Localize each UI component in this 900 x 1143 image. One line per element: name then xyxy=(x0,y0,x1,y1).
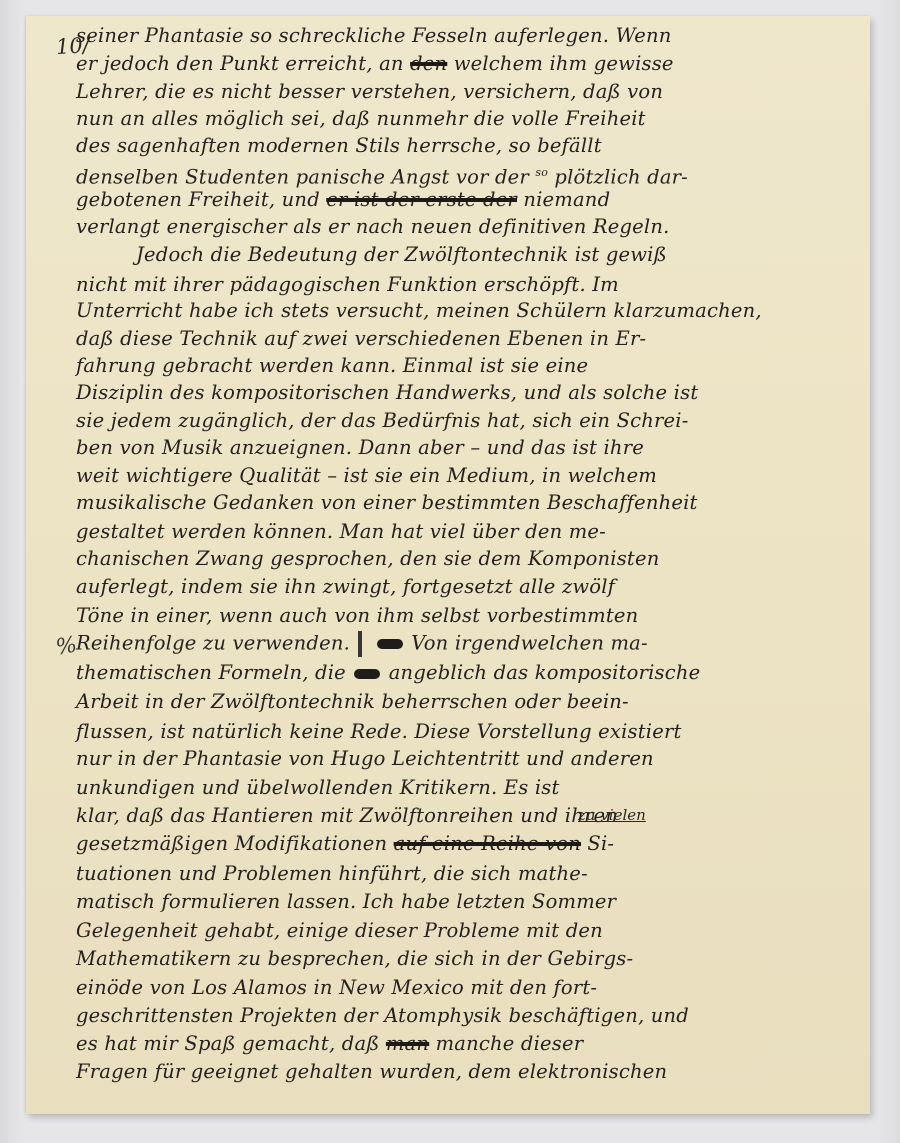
line-text: musikalische Gedanken von einer bestimmt… xyxy=(76,491,698,514)
struck-through-text: auf eine Reihe von xyxy=(394,832,581,855)
struck-through-text: man xyxy=(386,1032,429,1055)
text-line: des sagenhaften modernen Stils herrsche,… xyxy=(76,134,866,158)
text-line: Töne in einer, wenn auch von ihm selbst … xyxy=(76,604,866,628)
line-text: fahrung gebracht werden kann. Einmal ist… xyxy=(76,354,588,377)
text-line: flussen, ist natürlich keine Rede. Diese… xyxy=(76,720,866,744)
line-text: geschrittensten Projekten der Atomphysik… xyxy=(76,1004,689,1027)
text-line: verlangt energischer als er nach neuen d… xyxy=(76,215,866,239)
line-text: denselben Studenten panische Angst vor d… xyxy=(76,166,529,189)
line-text-continuation: Von irgendwelchen ma- xyxy=(411,632,648,655)
line-text: nur in der Phantasie von Hugo Leichtentr… xyxy=(76,747,654,770)
line-text-continuation: manche dieser xyxy=(436,1032,584,1055)
line-text: Fragen für geeignet gehalten wurden, dem… xyxy=(76,1060,667,1083)
line-text-continuation: angeblich das kompositorische xyxy=(389,661,701,684)
line-text: Gelegenheit gehabt, einige dieser Proble… xyxy=(76,919,603,942)
line-text: flussen, ist natürlich keine Rede. Diese… xyxy=(76,720,682,743)
line-text: verlangt energischer als er nach neuen d… xyxy=(76,215,670,238)
text-line: thematischen Formeln, die angeblich das … xyxy=(76,661,866,685)
text-line: Fragen für geeignet gehalten wurden, dem… xyxy=(76,1060,866,1084)
line-text: Unterricht habe ich stets versucht, mein… xyxy=(76,299,762,322)
text-line: ben von Musik anzueignen. Dann aber – un… xyxy=(76,436,866,460)
line-text: er jedoch den Punkt erreicht, an xyxy=(76,52,404,75)
line-text-continuation: Si- xyxy=(587,832,614,855)
line-text: Disziplin des kompositorischen Handwerks… xyxy=(76,381,698,404)
text-line: gebotenen Freiheit, und er ist der erste… xyxy=(76,188,866,212)
text-line: daß diese Technik auf zwei verschiedenen… xyxy=(76,327,866,351)
text-line: Unterricht habe ich stets versucht, mein… xyxy=(76,299,866,323)
ink-blot-deletion xyxy=(377,639,403,649)
ink-blot-deletion xyxy=(354,669,380,679)
text-line: nur in der Phantasie von Hugo Leichtentr… xyxy=(76,747,866,771)
text-line: Gelegenheit gehabt, einige dieser Proble… xyxy=(76,919,866,943)
line-text: matisch formulieren lassen. Ich habe let… xyxy=(76,890,616,913)
superscript-insert: so xyxy=(535,166,548,179)
text-line: nun an alles möglich sei, daß nunmehr di… xyxy=(76,107,866,131)
text-line: weit wichtigere Qualität – ist sie ein M… xyxy=(76,464,866,488)
manuscript-page: 10/ % seiner Phantasie so schreckliche F… xyxy=(26,16,870,1114)
line-text: ben von Musik anzueignen. Dann aber – un… xyxy=(76,436,644,459)
line-text: Lehrer, die es nicht besser verstehen, v… xyxy=(76,80,663,103)
struck-through-text: den xyxy=(410,52,447,75)
line-text: auferlegt, indem sie ihn zwingt, fortges… xyxy=(76,575,615,598)
line-text-continuation: welchem ihm gewisse xyxy=(454,52,674,75)
line-text: daß diese Technik auf zwei verschiedenen… xyxy=(76,327,646,350)
text-line: geschrittensten Projekten der Atomphysik… xyxy=(76,1004,866,1028)
line-text: tuationen und Problemen hinführt, die si… xyxy=(76,862,588,885)
interlinear-insert: zu vielen xyxy=(578,806,646,824)
line-text: nicht mit ihrer pädagogischen Funktion e… xyxy=(76,273,619,296)
text-line: musikalische Gedanken von einer bestimmt… xyxy=(76,491,866,515)
line-text: chanischen Zwang gesprochen, den sie dem… xyxy=(76,547,659,570)
text-line: einöde von Los Alamos in New Mexico mit … xyxy=(76,976,866,1000)
line-text: klar, daß das Hantieren mit Zwölftonreih… xyxy=(76,804,618,827)
text-line: seiner Phantasie so schreckliche Fesseln… xyxy=(76,24,866,48)
text-line: chanischen Zwang gesprochen, den sie dem… xyxy=(76,547,866,571)
line-text-continuation: niemand xyxy=(523,188,610,211)
line-text: Mathematikern zu besprechen, die sich in… xyxy=(76,947,633,970)
line-text: es hat mir Spaß gemacht, daß xyxy=(76,1032,380,1055)
text-line: Reihenfolge zu verwenden. Von irgendwelc… xyxy=(76,631,866,657)
text-line: Arbeit in der Zwölftontechnik beherrsche… xyxy=(76,690,866,714)
line-text: gestaltet werden können. Man hat viel üb… xyxy=(76,520,606,543)
struck-through-text: er ist der erste der xyxy=(326,188,517,211)
text-line: Disziplin des kompositorischen Handwerks… xyxy=(76,381,866,405)
text-line: auferlegt, indem sie ihn zwingt, fortges… xyxy=(76,575,866,599)
line-text: nun an alles möglich sei, daß nunmehr di… xyxy=(76,107,646,130)
text-line: Jedoch die Bedeutung der Zwölftontechnik… xyxy=(136,243,866,267)
paragraph-mark xyxy=(358,631,362,657)
line-text: Reihenfolge zu verwenden. xyxy=(76,632,350,655)
text-line: nicht mit ihrer pädagogischen Funktion e… xyxy=(76,273,866,297)
text-line: unkundigen und übelwollenden Kritikern. … xyxy=(76,776,866,800)
line-text: gebotenen Freiheit, und xyxy=(76,188,320,211)
text-line: es hat mir Spaß gemacht, daß man manche … xyxy=(76,1032,866,1056)
line-text-continuation: plötzlich dar- xyxy=(554,166,688,189)
text-line: Lehrer, die es nicht besser verstehen, v… xyxy=(76,80,866,104)
text-line: er jedoch den Punkt erreicht, an den wel… xyxy=(76,52,866,76)
text-line: gestaltet werden können. Man hat viel üb… xyxy=(76,520,866,544)
line-text: seiner Phantasie so schreckliche Fesseln… xyxy=(76,24,672,47)
text-line: sie jedem zugänglich, der das Bedürfnis … xyxy=(76,409,866,433)
line-text: unkundigen und übelwollenden Kritikern. … xyxy=(76,776,560,799)
scan-background: 10/ % seiner Phantasie so schreckliche F… xyxy=(0,0,900,1143)
line-text: Töne in einer, wenn auch von ihm selbst … xyxy=(76,604,638,627)
text-line: klar, daß das Hantieren mit Zwölftonreih… xyxy=(76,804,866,828)
text-line: fahrung gebracht werden kann. Einmal ist… xyxy=(76,354,866,378)
line-text: weit wichtigere Qualität – ist sie ein M… xyxy=(76,464,657,487)
line-text: gesetzmäßigen Modifikationen xyxy=(76,832,387,855)
text-line: Mathematikern zu besprechen, die sich in… xyxy=(76,947,866,971)
text-line: gesetzmäßigen Modifikationen auf eine Re… xyxy=(76,832,866,856)
text-line: matisch formulieren lassen. Ich habe let… xyxy=(76,890,866,914)
text-line: tuationen und Problemen hinführt, die si… xyxy=(76,862,866,886)
text-line: denselben Studenten panische Angst vor d… xyxy=(76,161,866,190)
line-text: thematischen Formeln, die xyxy=(76,661,346,684)
line-text: Arbeit in der Zwölftontechnik beherrsche… xyxy=(76,690,629,713)
line-text: einöde von Los Alamos in New Mexico mit … xyxy=(76,976,597,999)
line-text: des sagenhaften modernen Stils herrsche,… xyxy=(76,134,602,157)
line-text: sie jedem zugänglich, der das Bedürfnis … xyxy=(76,409,689,432)
line-text: Jedoch die Bedeutung der Zwölftontechnik… xyxy=(136,243,667,266)
